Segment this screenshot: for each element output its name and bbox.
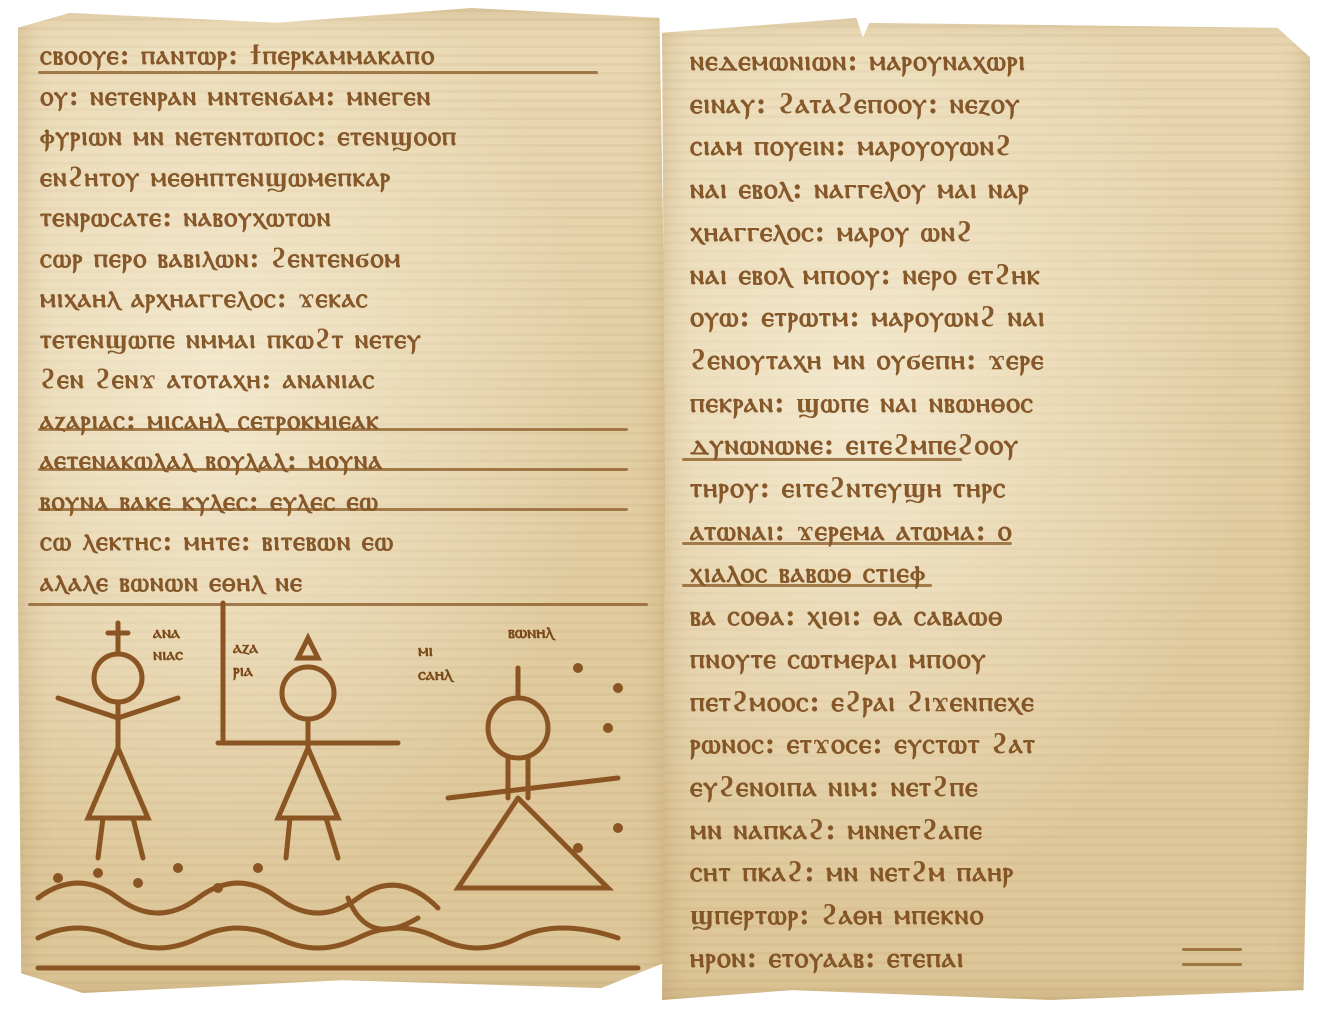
text-line: ⲡⲉⲧϩⲙⲟⲟⲥ: ⲉϩⲣⲁⲓ ϩⲓϫⲉⲛⲡⲉⲭⲉ <box>662 681 1310 724</box>
magical-figures-drawing: ⲁⲛⲁ ⲛⲓⲁⲥ ⲁⲍⲁ ⲣⲓⲁ ⲙⲓ ⲥⲁⲏⲗ ⲃⲱⲛⲏⲗ <box>18 568 666 988</box>
text-line: ⲉⲛϩⲏⲧⲟⲩ ⲙⲉⲑⲏⲡⲧⲉⲛϣⲱⲙⲉⲡⲕⲁⲣ <box>18 158 666 199</box>
text-line: ⲭⲏⲁⲅⲅⲉⲗⲟⲥ: ⲙⲁⲣⲟⲩ ⲱⲛϩ <box>662 211 1310 254</box>
ruling-line <box>682 458 962 461</box>
ruling-line <box>1182 948 1242 951</box>
text-line: ⲛⲁⲓ ⲉⲃⲟⲗ ⲙⲡⲟⲟⲩ: ⲛⲉⲣⲟ ⲉⲧϩⲏⲕ <box>662 254 1310 297</box>
text-line: ⲃⲟⲩⲛⲁ ⲃⲁⲕⲉ ⲕⲩⲗⲉⲥ: ⲉⲩⲗⲉⲥ ⲉⲱ <box>18 482 666 523</box>
figure-label: ⲛⲓⲁⲥ <box>153 644 183 665</box>
figure-label: ⲣⲓⲁ <box>233 660 254 681</box>
text-line: ⲡⲛⲟⲩⲧⲉ ⲥⲱⲧⲙⲉⲣⲁⲓ ⲙⲡⲟⲟⲩ <box>662 638 1310 681</box>
text-line: ⲣⲱⲛⲟⲥ: ⲉⲧϫⲟⲥⲉ: ⲉⲩⲥⲧⲱⲧ ϩⲁⲧ <box>662 723 1310 766</box>
text-line: ⲥⲱ ⲗⲉⲕⲧⲏⲥ: ⲙⲏⲧⲉ: ⲃⲓⲧⲉⲃⲱⲛ ⲉⲱ <box>18 522 666 563</box>
text-line: ϣⲡⲉⲣⲧⲱⲣ: ϩⲁⲑⲏ ⲙⲡⲉⲕⲛⲟ <box>662 894 1310 937</box>
text-line: ⲧⲉⲛⲣⲱⲥⲁⲧⲉ: ⲛⲁⲃⲟⲩⲭⲱⲧⲱⲛ <box>18 198 666 239</box>
figure-label: ⲃⲱⲛⲏⲗ <box>508 622 556 643</box>
ruling-line <box>38 71 598 74</box>
text-line: ⲉⲓⲛⲁⲩ: ϩⲁⲧⲁϩⲉⲡⲟⲟⲩ: ⲛⲉⲍⲟⲩ <box>662 83 1310 126</box>
text-line: ⲥⲱⲣ ⲡⲉⲣⲟ ⲃⲁⲃⲓⲗⲱⲛ: ϩⲉⲛⲧⲉⲛϭⲟⲙ <box>18 239 666 280</box>
ruling-line <box>682 542 1012 545</box>
text-line: ⲏⲣⲟⲛ: ⲉⲧⲟⲩⲁⲁⲃ: ⲉⲧⲉⲡⲁⲓ <box>662 937 1310 980</box>
ruling-line <box>38 468 628 471</box>
figure-label: ⲁⲍⲁ <box>232 637 259 658</box>
text-line: ⲁⲉⲧⲉⲛⲁⲕⲱⲗⲁⲗ ⲃⲟⲩⲗⲁⲗ: ⲙⲟⲩⲛⲁ <box>18 441 666 482</box>
left-manuscript-page: ⲥⲃⲟⲟⲩⲉ: ⲡⲁⲛⲧⲱⲣ: ϯⲡⲉⲣⲕⲁⲙⲙⲁⲕⲁⲡⲟ ⲟⲩ: ⲛⲉⲧⲉⲛⲣ… <box>18 8 666 993</box>
text-line: ⲛⲁⲓ ⲉⲃⲟⲗ: ⲛⲁⲅⲅⲉⲗⲟⲩ ⲙⲁⲓ ⲛⲁⲣ <box>662 168 1310 211</box>
figure-label: ⲥⲁⲏⲗ <box>418 664 455 685</box>
text-line: ⲁⲍⲁⲣⲓⲁⲥ: ⲙⲓⲥⲁⲏⲗ ⲥⲉⲧⲣⲟⲕⲙⲓⲉⲁⲕ <box>18 401 666 442</box>
text-line: ϩⲉⲛⲟⲩⲧⲁⲭⲏ ⲙⲛ ⲟⲩϭⲉⲡⲏ: ϫⲉⲣⲉ <box>662 339 1310 382</box>
text-line: ⲙⲓⲭⲁⲏⲗ ⲁⲣⲭⲏⲁⲅⲅⲉⲗⲟⲥ: ϫⲉⲕⲁⲥ <box>18 279 666 320</box>
text-line: ⲫⲩⲣⲓⲱⲛ ⲙⲛ ⲛⲉⲧⲉⲛⲧⲱⲡⲟⲥ: ⲉⲧⲉⲛϣⲟⲟⲡ <box>18 117 666 158</box>
text-line: ⲥⲏⲧ ⲡⲕⲁϩ: ⲙⲛ ⲛⲉⲧϩⲙ ⲡⲁⲏⲣ <box>662 851 1310 894</box>
ruling-line <box>38 508 628 511</box>
text-line: ⲟⲩ: ⲛⲉⲧⲉⲛⲣⲁⲛ ⲙⲛⲧⲉⲛϭⲁⲙ: ⲙⲛⲉⲅⲉⲛ <box>18 77 666 118</box>
text-line: ⲙⲛ ⲛⲁⲡⲕⲁϩ: ⲙⲛⲛⲉⲧϩⲁⲡⲉ <box>662 809 1310 852</box>
text-line: ⲟⲩⲱ: ⲉⲧⲣⲱⲧⲙ: ⲙⲁⲣⲟⲩⲱⲛϩ ⲛⲁⲓ <box>662 296 1310 339</box>
text-line: ⲭⲓⲁⲗⲟⲥ ⲃⲁⲃⲱⲑ ⲥⲧⲓⲉⲫ <box>662 552 1310 595</box>
text-line: ⲉⲩϩⲉⲛⲟⲓⲡⲁ ⲛⲓⲙ: ⲛⲉⲧϩⲡⲉ <box>662 766 1310 809</box>
ruling-line <box>682 584 932 587</box>
text-line: ϩⲉⲛ ϩⲉⲛϫ ⲁⲧⲟⲧⲁⲭⲏ: ⲁⲛⲁⲛⲓⲁⲥ <box>18 360 666 401</box>
ruling-line <box>38 428 628 431</box>
figure-label: ⲁⲛⲁ <box>152 622 181 643</box>
text-line: ⲥⲓⲁⲙ ⲡⲟⲩⲉⲓⲛ: ⲙⲁⲣⲟⲩⲟⲩⲱⲛϩ <box>662 125 1310 168</box>
text-line: ⲁⲧⲱⲛⲁⲓ: ϫⲉⲣⲉⲙⲁ ⲁⲧⲱⲙⲁ: ⲟ <box>662 510 1310 553</box>
text-line: ⲃⲁ ⲥⲟⲑⲁ: ⲭⲓⲑⲓ: ⲑⲁ ⲥⲁⲃⲁⲱⲑ <box>662 595 1310 638</box>
right-manuscript-page: ⲛⲉⲇⲉⲙⲱⲛⲓⲱⲛ: ⲙⲁⲣⲟⲩⲛⲁⲭⲱⲣⲓ ⲉⲓⲛⲁⲩ: ϩⲁⲧⲁϩⲉⲡⲟⲟ… <box>662 18 1310 1000</box>
ruling-line <box>1182 963 1242 966</box>
figure-label: ⲙⲓ <box>418 640 433 661</box>
text-line: ⲡⲉⲕⲣⲁⲛ: ϣⲱⲡⲉ ⲛⲁⲓ ⲛⲃⲱⲏⲑⲟⲥ <box>662 382 1310 425</box>
text-line: ⲛⲉⲇⲉⲙⲱⲛⲓⲱⲛ: ⲙⲁⲣⲟⲩⲛⲁⲭⲱⲣⲓ <box>662 40 1310 83</box>
text-line: ⲧⲉⲧⲉⲛϣⲱⲡⲉ ⲛⲙⲙⲁⲓ ⲡⲕⲱϩⲧ ⲛⲉⲧⲉⲩ <box>18 320 666 361</box>
text-line: ⲧⲏⲣⲟⲩ: ⲉⲓⲧⲉϩⲛⲧⲉⲩϣⲏ ⲧⲏⲣⲥ <box>662 467 1310 510</box>
